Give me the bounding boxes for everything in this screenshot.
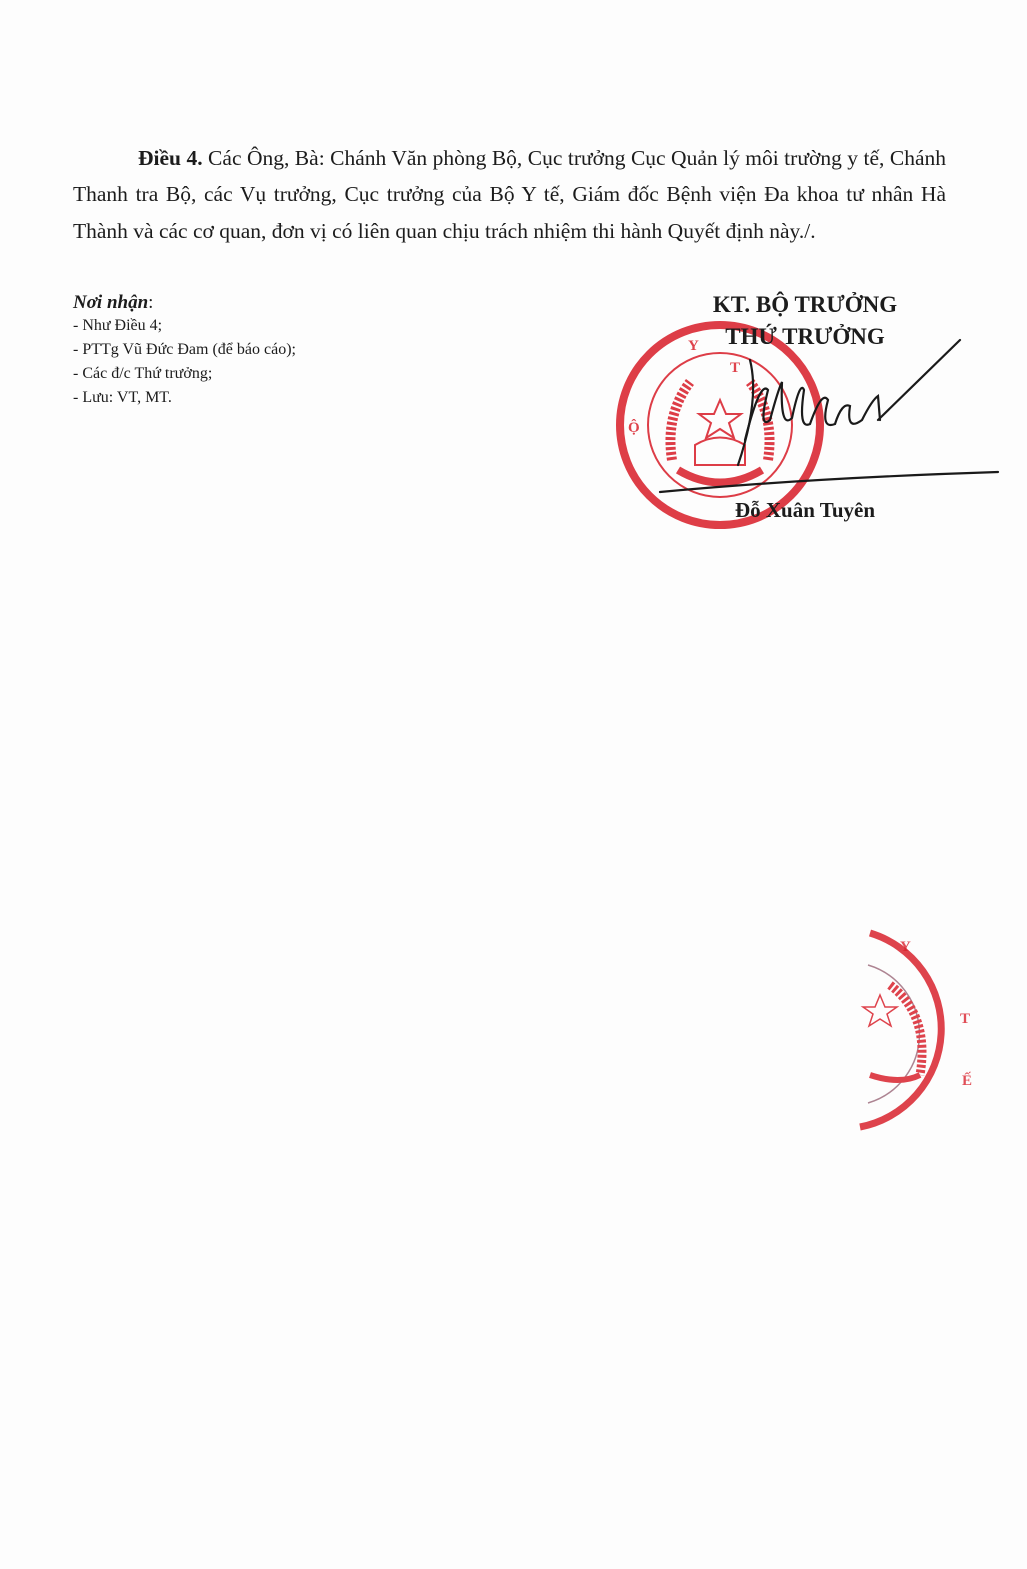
- signature-title-line1: KT. BỘ TRƯỞNG: [610, 290, 1000, 320]
- recipient-item: - Như Điều 4;: [73, 314, 433, 338]
- signature-title-line2: THỨ TRƯỞNG: [610, 322, 1000, 352]
- article-4-paragraph: Điều 4. Các Ông, Bà: Chánh Văn phòng Bộ,…: [73, 140, 946, 250]
- svg-text:T: T: [960, 1011, 970, 1027]
- svg-text:Ế: Ế: [962, 1072, 972, 1089]
- svg-text:Y: Y: [900, 939, 911, 955]
- recipients-heading: Nơi nhận:: [73, 292, 433, 314]
- recipient-item: - Các đ/c Thứ trưởng;: [73, 362, 433, 386]
- signature-block: Y Ộ T KT. BỘ TRƯỞNG THỨ TRƯỞNG Đỗ Xuân T…: [610, 290, 1020, 540]
- recipients-list: - Như Điều 4; - PTTg Vũ Đức Đam (để báo …: [73, 314, 433, 410]
- article-4-heading: Điều 4.: [138, 146, 203, 170]
- signer-name: Đỗ Xuân Tuyên: [610, 498, 1000, 523]
- recipients-block: Nơi nhận: - Như Điều 4; - PTTg Vũ Đức Đa…: [73, 292, 433, 410]
- article-4-text: Các Ông, Bà: Chánh Văn phòng Bộ, Cục trư…: [73, 146, 946, 243]
- recipient-item: - PTTg Vũ Đức Đam (để báo cáo);: [73, 338, 433, 362]
- recipient-item: - Lưu: VT, MT.: [73, 386, 433, 410]
- partial-seal-icon: Y T Ế: [850, 925, 1010, 1135]
